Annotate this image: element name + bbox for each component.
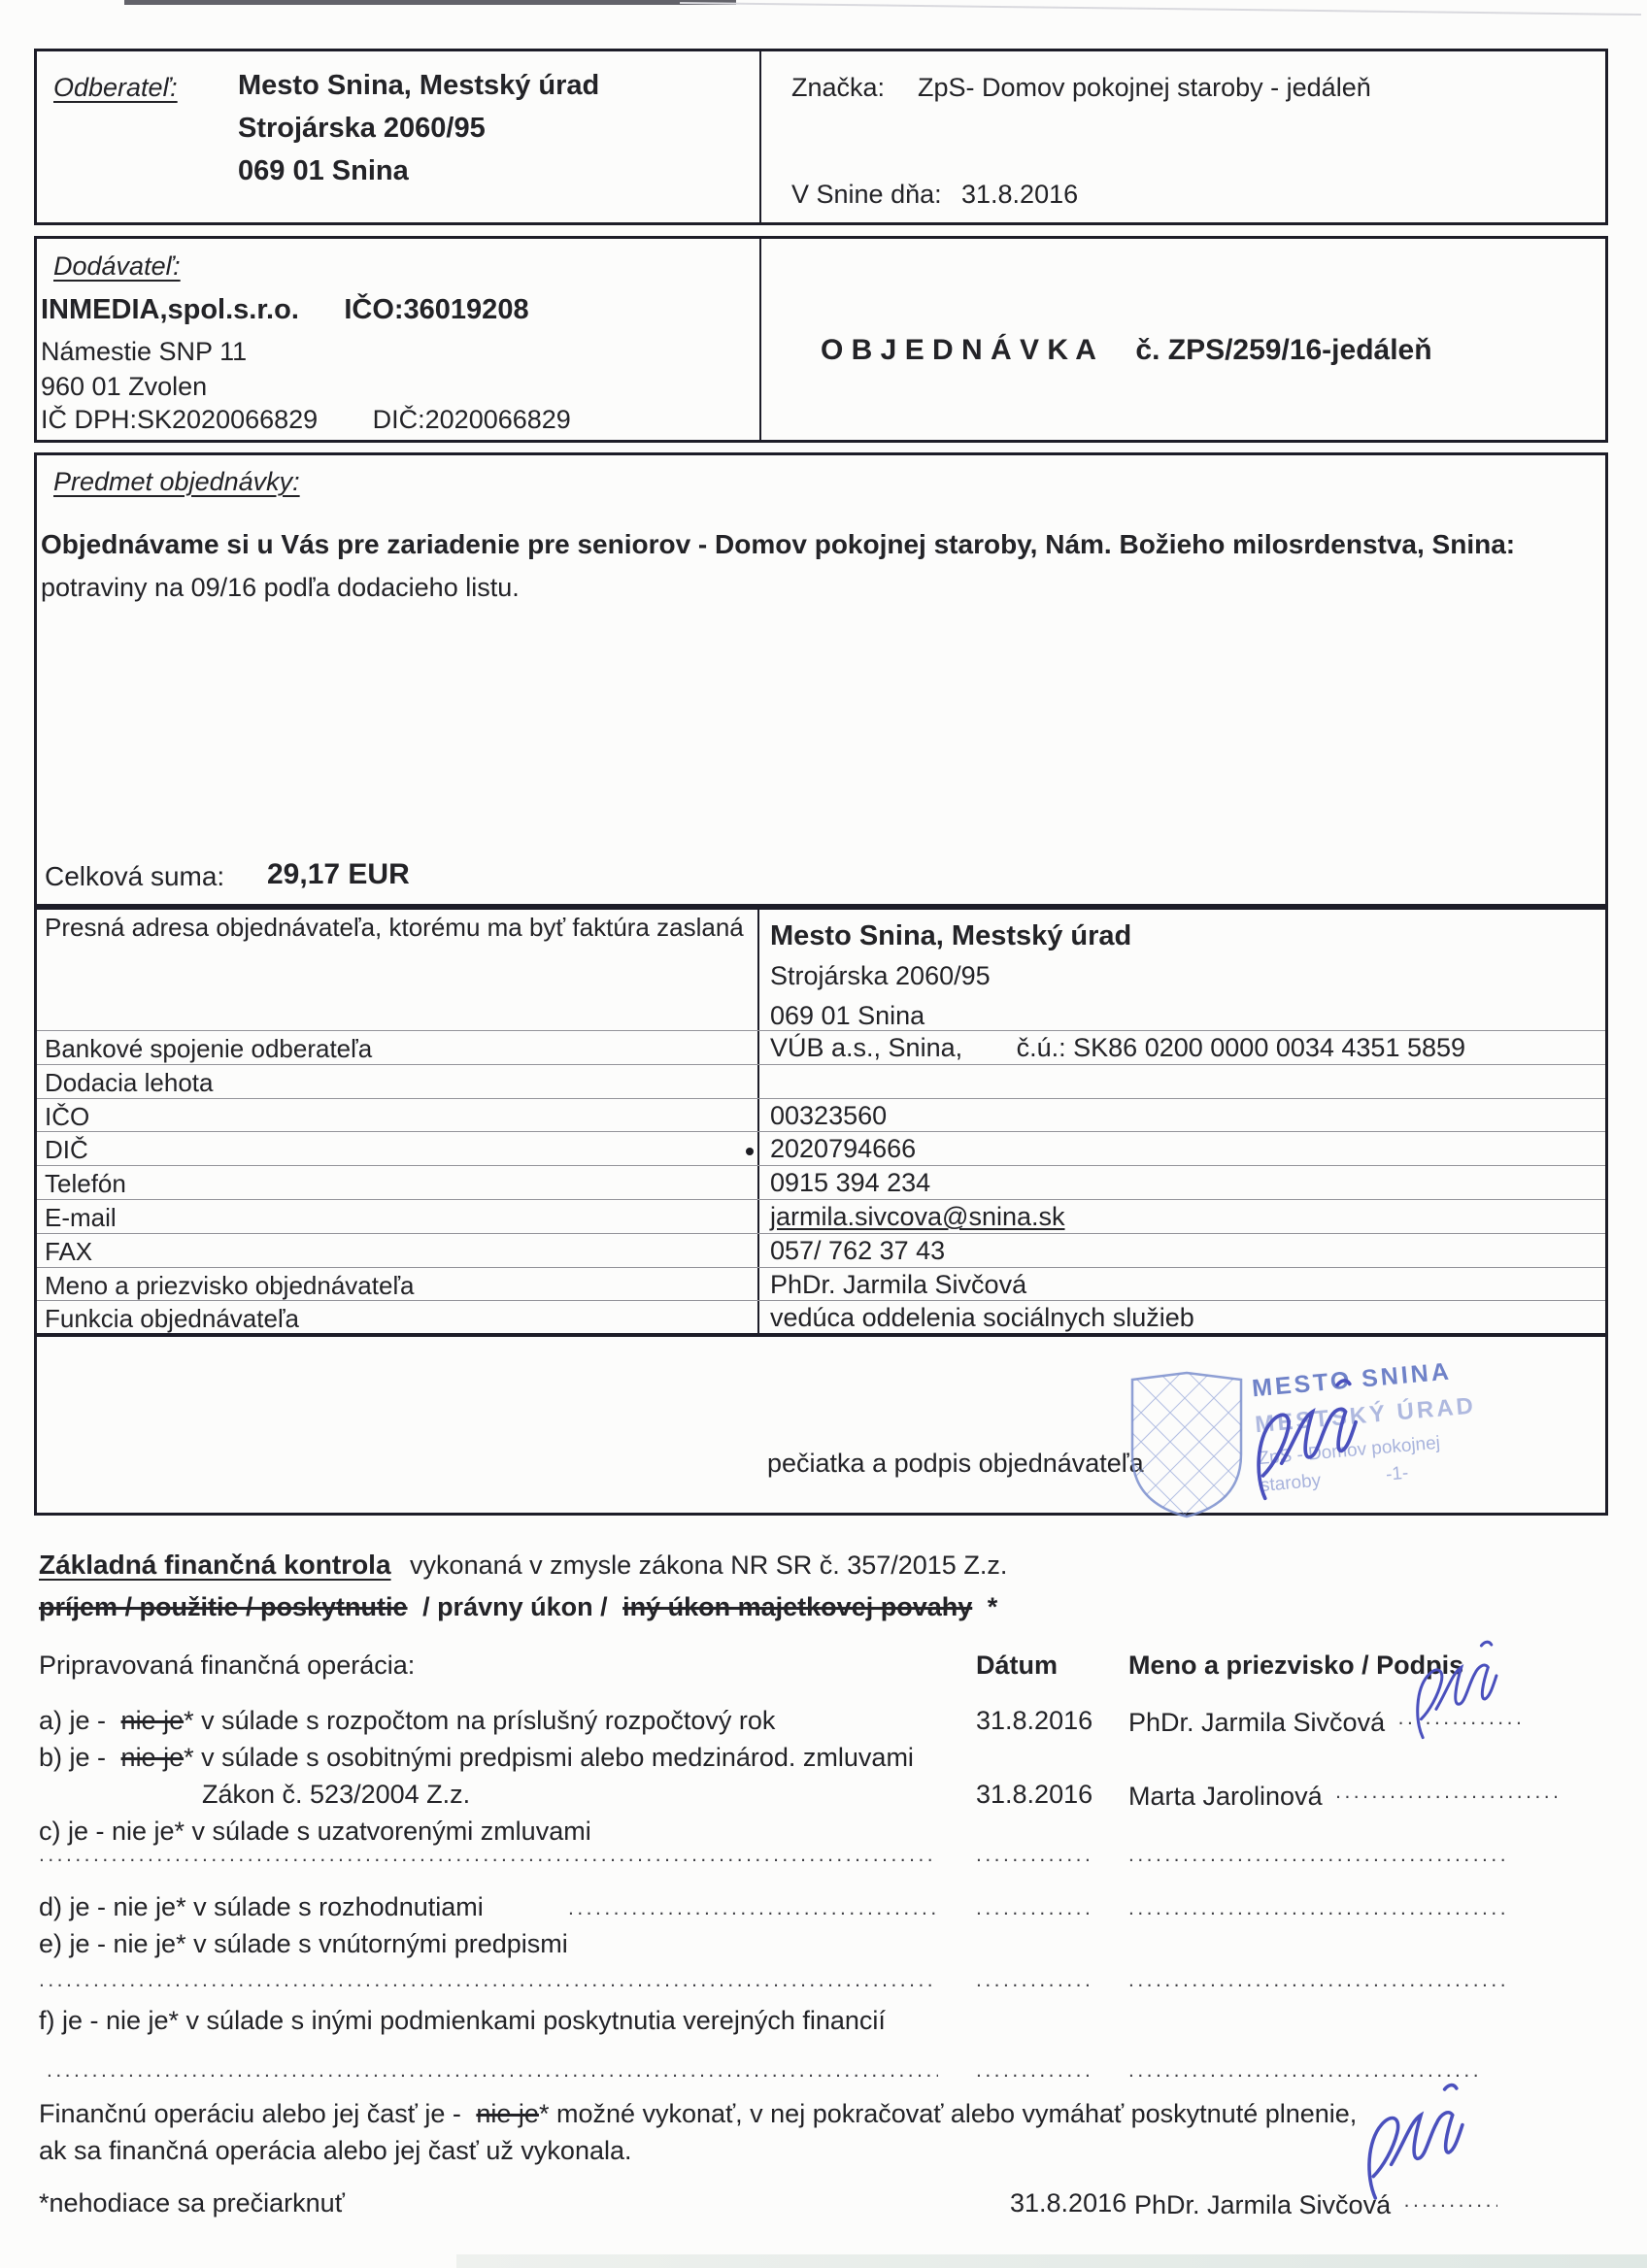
customer-city: 069 01 Snina (238, 150, 599, 192)
reference-value: ZpS- Domov pokojnej staroby - jedáleň (918, 73, 1371, 103)
dotted-line: ........................................… (1128, 1896, 1509, 1921)
email-value: jarmila.sivcova@snina.sk (759, 1200, 1605, 1233)
control-title-rest: vykonaná v zmysle zákona NR SR č. 357/20… (410, 1551, 1007, 1580)
final-date: 31.8.2016 (1010, 2188, 1126, 2218)
customer-header-box: Odberateľ: Mesto Snina, Mestský úrad Str… (34, 49, 1608, 225)
box2-divider (759, 239, 761, 440)
row-label: IČO (37, 1099, 759, 1132)
struck-nie-je: nie je (121, 1706, 185, 1735)
supplier-dic: DIČ:2020066829 (373, 405, 571, 434)
row-value: vedúca oddelenia sociálnych služieb (759, 1301, 1605, 1334)
control-title: Základná finančná kontrola (39, 1550, 391, 1580)
stamp-signature-box: pečiatka a podpis objednávateľa MESTO SN… (34, 1333, 1608, 1516)
control-row-b-line2: Zákon č. 523/2004 Z.z. (202, 1780, 470, 1810)
row-value: 0915 394 234 (759, 1166, 1605, 1199)
stamp-caption: pečiatka a podpis objednávateľa (767, 1449, 1144, 1479)
dotted-line: ........................................… (568, 1896, 939, 1921)
bank-account: č.ú.: SK86 0200 0000 0034 4351 5859 (1017, 1033, 1465, 1062)
stamp-shield-icon (1126, 1369, 1247, 1520)
control-footer-line1: Finančnú operáciu alebo jej časť je - ni… (39, 2099, 1357, 2129)
control-row-e: e) je - nie je* v súlade s vnútornými pr… (39, 1929, 568, 1959)
scan-artifact-top (124, 0, 736, 5)
supplier-ico: IČO:36019208 (344, 294, 528, 325)
row-value: VÚB a.s., Snina, č.ú.: SK86 0200 0000 00… (759, 1031, 1605, 1064)
row-label: Meno a priezvisko objednávateľa (37, 1268, 759, 1301)
row-label: Bankové spojenie odberateľa (37, 1031, 759, 1064)
row-label: Dodacia lehota (37, 1065, 759, 1098)
table-row: IČO 00323560 (37, 1098, 1605, 1132)
total-value: 29,17 EUR (267, 858, 410, 891)
order-title: O B J E D N Á V K A (821, 334, 1096, 366)
scanned-order-document: Odberateľ: Mesto Snina, Mestský úrad Str… (0, 0, 1647, 2268)
order-title-row: O B J E D N Á V K A č. ZPS/259/16-jedále… (821, 334, 1432, 367)
control-operation-types: príjem / použitie / poskytnutie / právny… (39, 1592, 997, 1622)
signature (1246, 1377, 1361, 1511)
dotted-line: ........................................… (39, 1843, 937, 1868)
table-row: DIČ 2020794666 (37, 1131, 1605, 1165)
order-number: č. ZPS/259/16-jedáleň (1135, 334, 1431, 366)
supplier-street: Námestie SNP 11 (41, 337, 247, 367)
stamp-page-number: -1- (1385, 1463, 1409, 1485)
table-row: Bankové spojenie odberateľa VÚB a.s., Sn… (37, 1030, 1605, 1064)
row-label: Funkcia objednávateľa (37, 1301, 759, 1334)
asterisk-mark: * (988, 1592, 998, 1621)
dotted-line: ........................................… (976, 2058, 1091, 2084)
supplier-ic-dph: IČ DPH:SK2020066829 (41, 405, 318, 434)
dotted-line: ........................................… (39, 1968, 937, 1993)
table-row: FAX 057/ 762 37 43 (37, 1233, 1605, 1267)
control-row-f: f) je - nie je* v súlade s inými podmien… (39, 2006, 886, 2036)
date-place-value: 31.8.2016 (961, 180, 1078, 210)
customer-name: Mesto Snina, Mestský úrad (238, 64, 599, 107)
control-title-row: Základná finančná kontrola vykonaná v zm… (39, 1550, 1007, 1581)
supplier-label: Dodávateľ: (53, 251, 181, 282)
dotted-line: ........................................… (976, 1843, 1091, 1868)
row-value: 057/ 762 37 43 (759, 1234, 1605, 1267)
billing-name: Mesto Snina, Mestský úrad (770, 917, 1605, 956)
subject-line2: potraviny na 09/16 podľa dodacieho listu… (41, 573, 520, 603)
control-row-b-name: Marta Jarolinová .......................… (1128, 1780, 1557, 1812)
crossout-note: *nehodiace sa prečiarknuť (39, 2188, 345, 2218)
signature (1401, 1639, 1506, 1748)
customer-street: Strojárska 2060/95 (238, 107, 599, 150)
box1-divider (759, 51, 761, 222)
row-value: PhDr. Jarmila Sivčová (759, 1268, 1605, 1301)
control-row-d: d) je - nie je* v súlade s rozhodnutiami (39, 1892, 484, 1922)
active-option: / právny úkon / (422, 1592, 608, 1621)
total-label: Celková suma: (45, 861, 224, 892)
table-row: Meno a priezvisko objednávateľa PhDr. Ja… (37, 1267, 1605, 1301)
scan-artifact-bottom (456, 2254, 1647, 2268)
row-value (759, 1065, 1605, 1098)
billing-street: Strojárska 2060/95 (770, 956, 1605, 996)
reference-label: Značka: (791, 73, 885, 103)
bank-name: VÚB a.s., Snina, (770, 1033, 962, 1062)
row-label: FAX (37, 1234, 759, 1267)
billing-city: 069 01 Snina (770, 996, 1605, 1036)
control-row-b: b) je - nie je* v súlade s osobitnými pr… (39, 1743, 914, 1773)
subject-line1: Objednávame si u Vás pre zariadenie pre … (41, 529, 1515, 560)
dotted-line: ........................................… (976, 1968, 1091, 1993)
supplier-header-box: Dodávateľ: INMEDIA,spol.s.r.o. IČO:36019… (34, 236, 1608, 443)
row-value: 2020794666 (759, 1132, 1605, 1165)
struck-nie-je: nie je (476, 2099, 539, 2128)
table-row: Telefón 0915 394 234 (37, 1165, 1605, 1199)
table-row: Funkcia objednávateľa vedúca oddelenia s… (37, 1300, 1605, 1334)
supplier-name-row: INMEDIA,spol.s.r.o. IČO:36019208 (41, 294, 529, 326)
supplier-tax-row: IČ DPH:SK2020066829 DIČ:2020066829 (41, 405, 571, 435)
supplier-city: 960 01 Zvolen (41, 372, 207, 402)
dotted-line: ........................................… (1335, 1780, 1557, 1805)
row-label: Telefón (37, 1166, 759, 1199)
row-label: Presná adresa objednávateľa, ktorému ma … (37, 910, 759, 1030)
control-row-a-date: 31.8.2016 (976, 1706, 1092, 1736)
table-row: Presná adresa objednávateľa, ktorému ma … (37, 910, 1605, 1030)
struck-option: iný úkon majetkovej povahy (622, 1592, 972, 1621)
dotted-line: ........................................… (976, 1896, 1091, 1921)
scan-artifact-top-line (680, 2, 1641, 16)
dotted-line: ........................................… (47, 2058, 938, 2084)
dotted-line: ........................................… (1128, 1843, 1509, 1868)
control-row-a: a) je - nie je* v súlade s rozpočtom na … (39, 1706, 775, 1736)
customer-label: Odberateľ: (53, 73, 178, 103)
control-footer-line2: ak sa finančná operácia alebo jej časť u… (39, 2136, 632, 2166)
struck-option: príjem / použitie / poskytnutie (39, 1592, 408, 1621)
dotted-line: ........................................… (1128, 1968, 1509, 1993)
supplier-name: INMEDIA,spol.s.r.o. (41, 294, 299, 325)
order-subject-box: Predmet objednávky: Objednávame si u Vás… (34, 452, 1608, 907)
subject-label: Predmet objednávky: (53, 467, 300, 497)
row-label: DIČ (37, 1132, 759, 1165)
column-header-date: Dátum (976, 1651, 1058, 1681)
invoice-details-table: Presná adresa objednávateľa, ktorému ma … (34, 907, 1608, 1337)
customer-address: Mesto Snina, Mestský úrad Strojárska 206… (238, 64, 599, 192)
struck-nie-je: nie je (121, 1743, 185, 1772)
table-row: E-mail jarmila.sivcova@snina.sk (37, 1199, 1605, 1233)
ink-dot-artifact (746, 1148, 754, 1155)
prepared-operation-label: Pripravovaná finančná operácia: (39, 1651, 415, 1681)
date-place-label: V Snine dňa: (791, 180, 942, 210)
control-row-b-date: 31.8.2016 (976, 1780, 1092, 1810)
row-value: Mesto Snina, Mestský úrad Strojárska 206… (759, 910, 1605, 1030)
row-value: 00323560 (759, 1099, 1605, 1132)
row-label: E-mail (37, 1200, 759, 1233)
signature (1358, 2080, 1466, 2212)
table-row: Dodacia lehota (37, 1064, 1605, 1098)
